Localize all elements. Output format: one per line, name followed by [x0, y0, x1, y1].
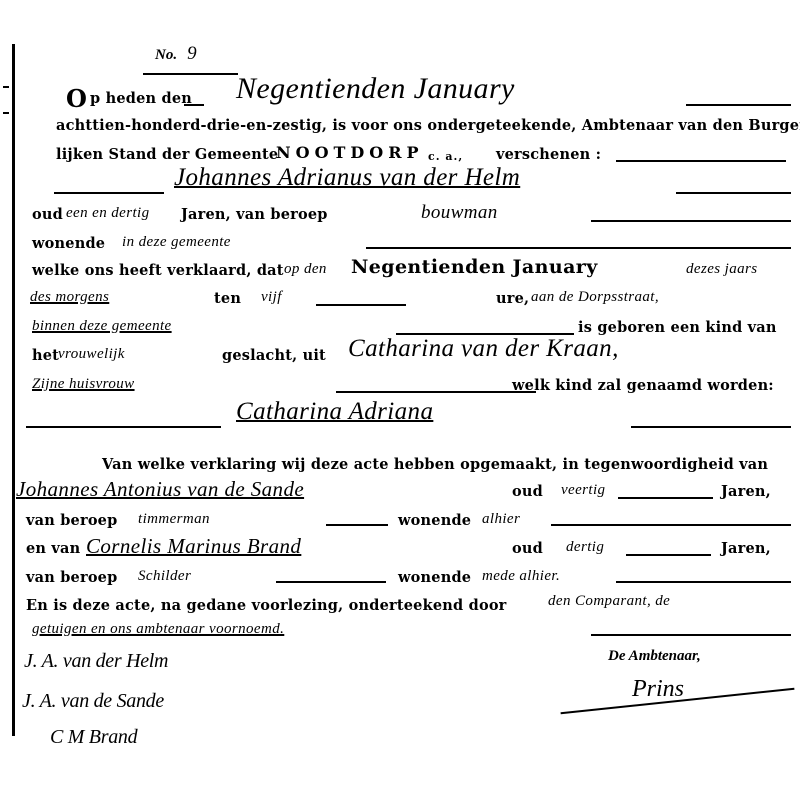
drop-cap-O: O	[66, 84, 87, 113]
handwritten-declarant-name: Johannes Adrianus van der Helm	[174, 164, 520, 192]
number-label: No.	[155, 47, 177, 63]
margin-tick	[3, 86, 9, 88]
printed-en-van: en van	[26, 540, 80, 557]
line-year: achttien-honderd-drie-en-zestig, is voor…	[26, 113, 792, 139]
handwritten-witness-2-age: dertig	[566, 539, 604, 556]
signature-declarant: J. A. van der Helm	[24, 650, 168, 673]
printed-geslacht-uit: geslacht, uit	[222, 347, 326, 364]
line-to-be-named: Zijne huisvrouw welk kind zal genaamd wo…	[26, 373, 792, 399]
handwritten-signed-by: den Comparant, de	[548, 593, 670, 610]
handwritten-witness-1-residence: alhier	[482, 511, 520, 528]
handwritten-child-name: Catharina Adriana	[236, 398, 433, 426]
handwritten-witness-2-residence: mede alhier.	[482, 568, 560, 585]
handwritten-hour: vijf	[261, 289, 282, 306]
line-age-occupation: oud een en dertig Jaren, van beroep bouw…	[26, 202, 792, 228]
printed-ten: ten	[214, 290, 241, 307]
printed-wonende: wonende	[32, 235, 105, 252]
line-mother: het vrouwelijk geslacht, uit Catharina v…	[26, 343, 792, 369]
line-witness-1: Johannes Antonius van de Sande oud veert…	[26, 479, 792, 505]
handwritten-witness-1-occupation: timmerman	[138, 511, 210, 528]
signature-witness-1: J. A. van de Sande	[22, 690, 164, 713]
handwritten-within-municipality: binnen deze gemeente	[32, 318, 172, 335]
line-signed-by-cont: getuigen en ons ambtenaar voornoemd.	[26, 618, 792, 644]
line-declarant: Johannes Adrianus van der Helm	[26, 170, 792, 196]
municipality-name: NOOTDORP	[276, 143, 424, 162]
line-witness-2: en van Cornelis Marinus Brand oud dertig…	[26, 536, 792, 562]
line-child-name: Catharina Adriana	[26, 404, 792, 430]
handwritten-sex: vrouwelijk	[58, 346, 125, 363]
line-date: OOp heden den p heden den Negentienden J…	[26, 82, 792, 108]
printed-wonende: wonende	[398, 569, 471, 586]
handwritten-occupation: bouwman	[421, 202, 498, 224]
municipality-suffix: c. a.,	[428, 150, 463, 163]
document-number: No. 9	[155, 43, 197, 65]
printed-heden-den: p heden den	[90, 90, 192, 107]
printed-welk-kind: welk kind zal genaamd worden:	[512, 377, 774, 394]
printed-ure: ure,	[496, 290, 529, 307]
signature-witness-2: C M Brand	[50, 726, 137, 749]
printed-onderteekend: En is deze acte, na gedane voorlezing, o…	[26, 597, 507, 614]
handwritten-street: aan de Dorpsstraat,	[531, 289, 659, 306]
printed-het: het	[32, 347, 59, 364]
margin-tick	[3, 112, 9, 114]
handwritten-witness-2: Cornelis Marinus Brand	[86, 534, 301, 559]
printed-jaren-beroep: Jaren, van beroep	[181, 206, 328, 223]
line-signed-by: En is deze acte, na gedane voorlezing, o…	[26, 593, 792, 619]
line-residence: wonende in deze gemeente	[26, 231, 792, 257]
handwritten-his-wife: Zijne huisvrouw	[32, 376, 135, 393]
printed-wonende: wonende	[398, 512, 471, 529]
printed-van-beroep: van beroep	[26, 512, 117, 529]
handwritten-date: Negentienden January	[236, 72, 515, 106]
handwritten-mother-name: Catharina van der Kraan,	[348, 335, 619, 363]
handwritten-witness-1: Johannes Antonius van de Sande	[16, 477, 304, 502]
handwritten-signed-by-cont: getuigen en ons ambtenaar voornoemd.	[32, 621, 284, 638]
printed-year-text: achttien-honderd-drie-en-zestig, is voor…	[56, 117, 800, 134]
handwritten-morning: des morgens	[30, 289, 109, 306]
handwritten-residence: in deze gemeente	[122, 234, 231, 251]
printed-oud: oud	[512, 540, 543, 557]
number-underline	[143, 73, 238, 75]
line-witness-1-details: van beroep timmerman wonende alhier	[26, 508, 792, 534]
printed-verklaring: Van welke verklaring wij deze acte hebbe…	[102, 456, 768, 473]
printed-is-geboren: is geboren een kind van	[578, 319, 777, 336]
printed-gemeente: lijken Stand der Gemeente	[56, 146, 278, 163]
official-signature: Prins	[632, 676, 684, 703]
handwritten-witness-1-age: veertig	[561, 482, 605, 499]
printed-verklaard: welke ons heeft verklaard, dat	[32, 262, 284, 279]
handwritten-dezes-jaars: dezes jaars	[686, 261, 757, 278]
printed-verschenen: verschenen :	[496, 146, 601, 163]
handwritten-witness-2-occupation: Schilder	[138, 568, 191, 585]
official-label: De Ambtenaar,	[608, 648, 701, 665]
number-value: 9	[187, 43, 197, 64]
printed-jaren: Jaren,	[721, 483, 771, 500]
handwritten-age: een en dertig	[66, 205, 150, 222]
printed-oud: oud	[32, 206, 63, 223]
handwritten-birth-date: Negentienden January	[351, 256, 598, 278]
printed-jaren: Jaren,	[721, 540, 771, 557]
left-margin-rule	[12, 44, 15, 736]
printed-van-beroep: van beroep	[26, 569, 117, 586]
line-presence: Van welke verklaring wij deze acte hebbe…	[26, 452, 792, 478]
line-witness-2-details: van beroep Schilder wonende mede alhier.	[26, 565, 792, 591]
birth-certificate-page: No. 9 OOp heden den p heden den Negentie…	[0, 0, 800, 800]
handwritten-op-den: op den	[284, 261, 327, 278]
printed-oud: oud	[512, 483, 543, 500]
line-declared: welke ons heeft verklaard, dat op den Ne…	[26, 258, 792, 284]
line-time-place: des morgens ten vijf ure, aan de Dorpsst…	[26, 286, 792, 312]
